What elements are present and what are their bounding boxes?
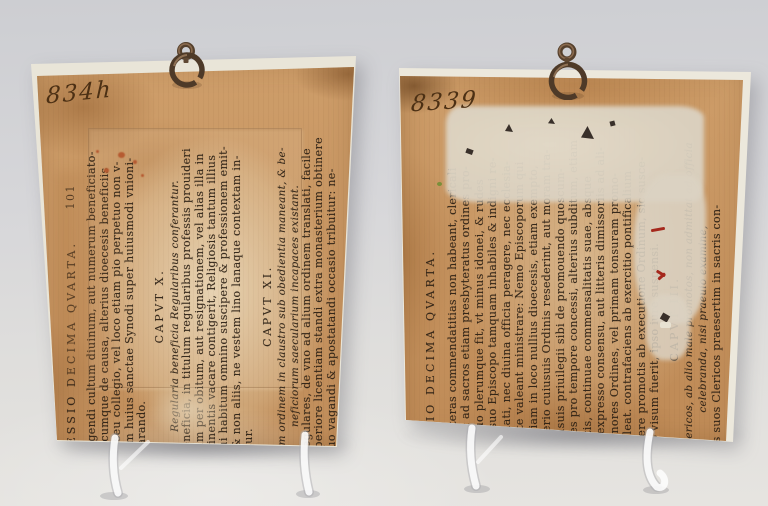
auction-photo-backdrop: 101 SESSIO DECIMA QVARTA.augendi cultum …	[0, 0, 768, 506]
easel-stand-legs	[0, 0, 768, 506]
